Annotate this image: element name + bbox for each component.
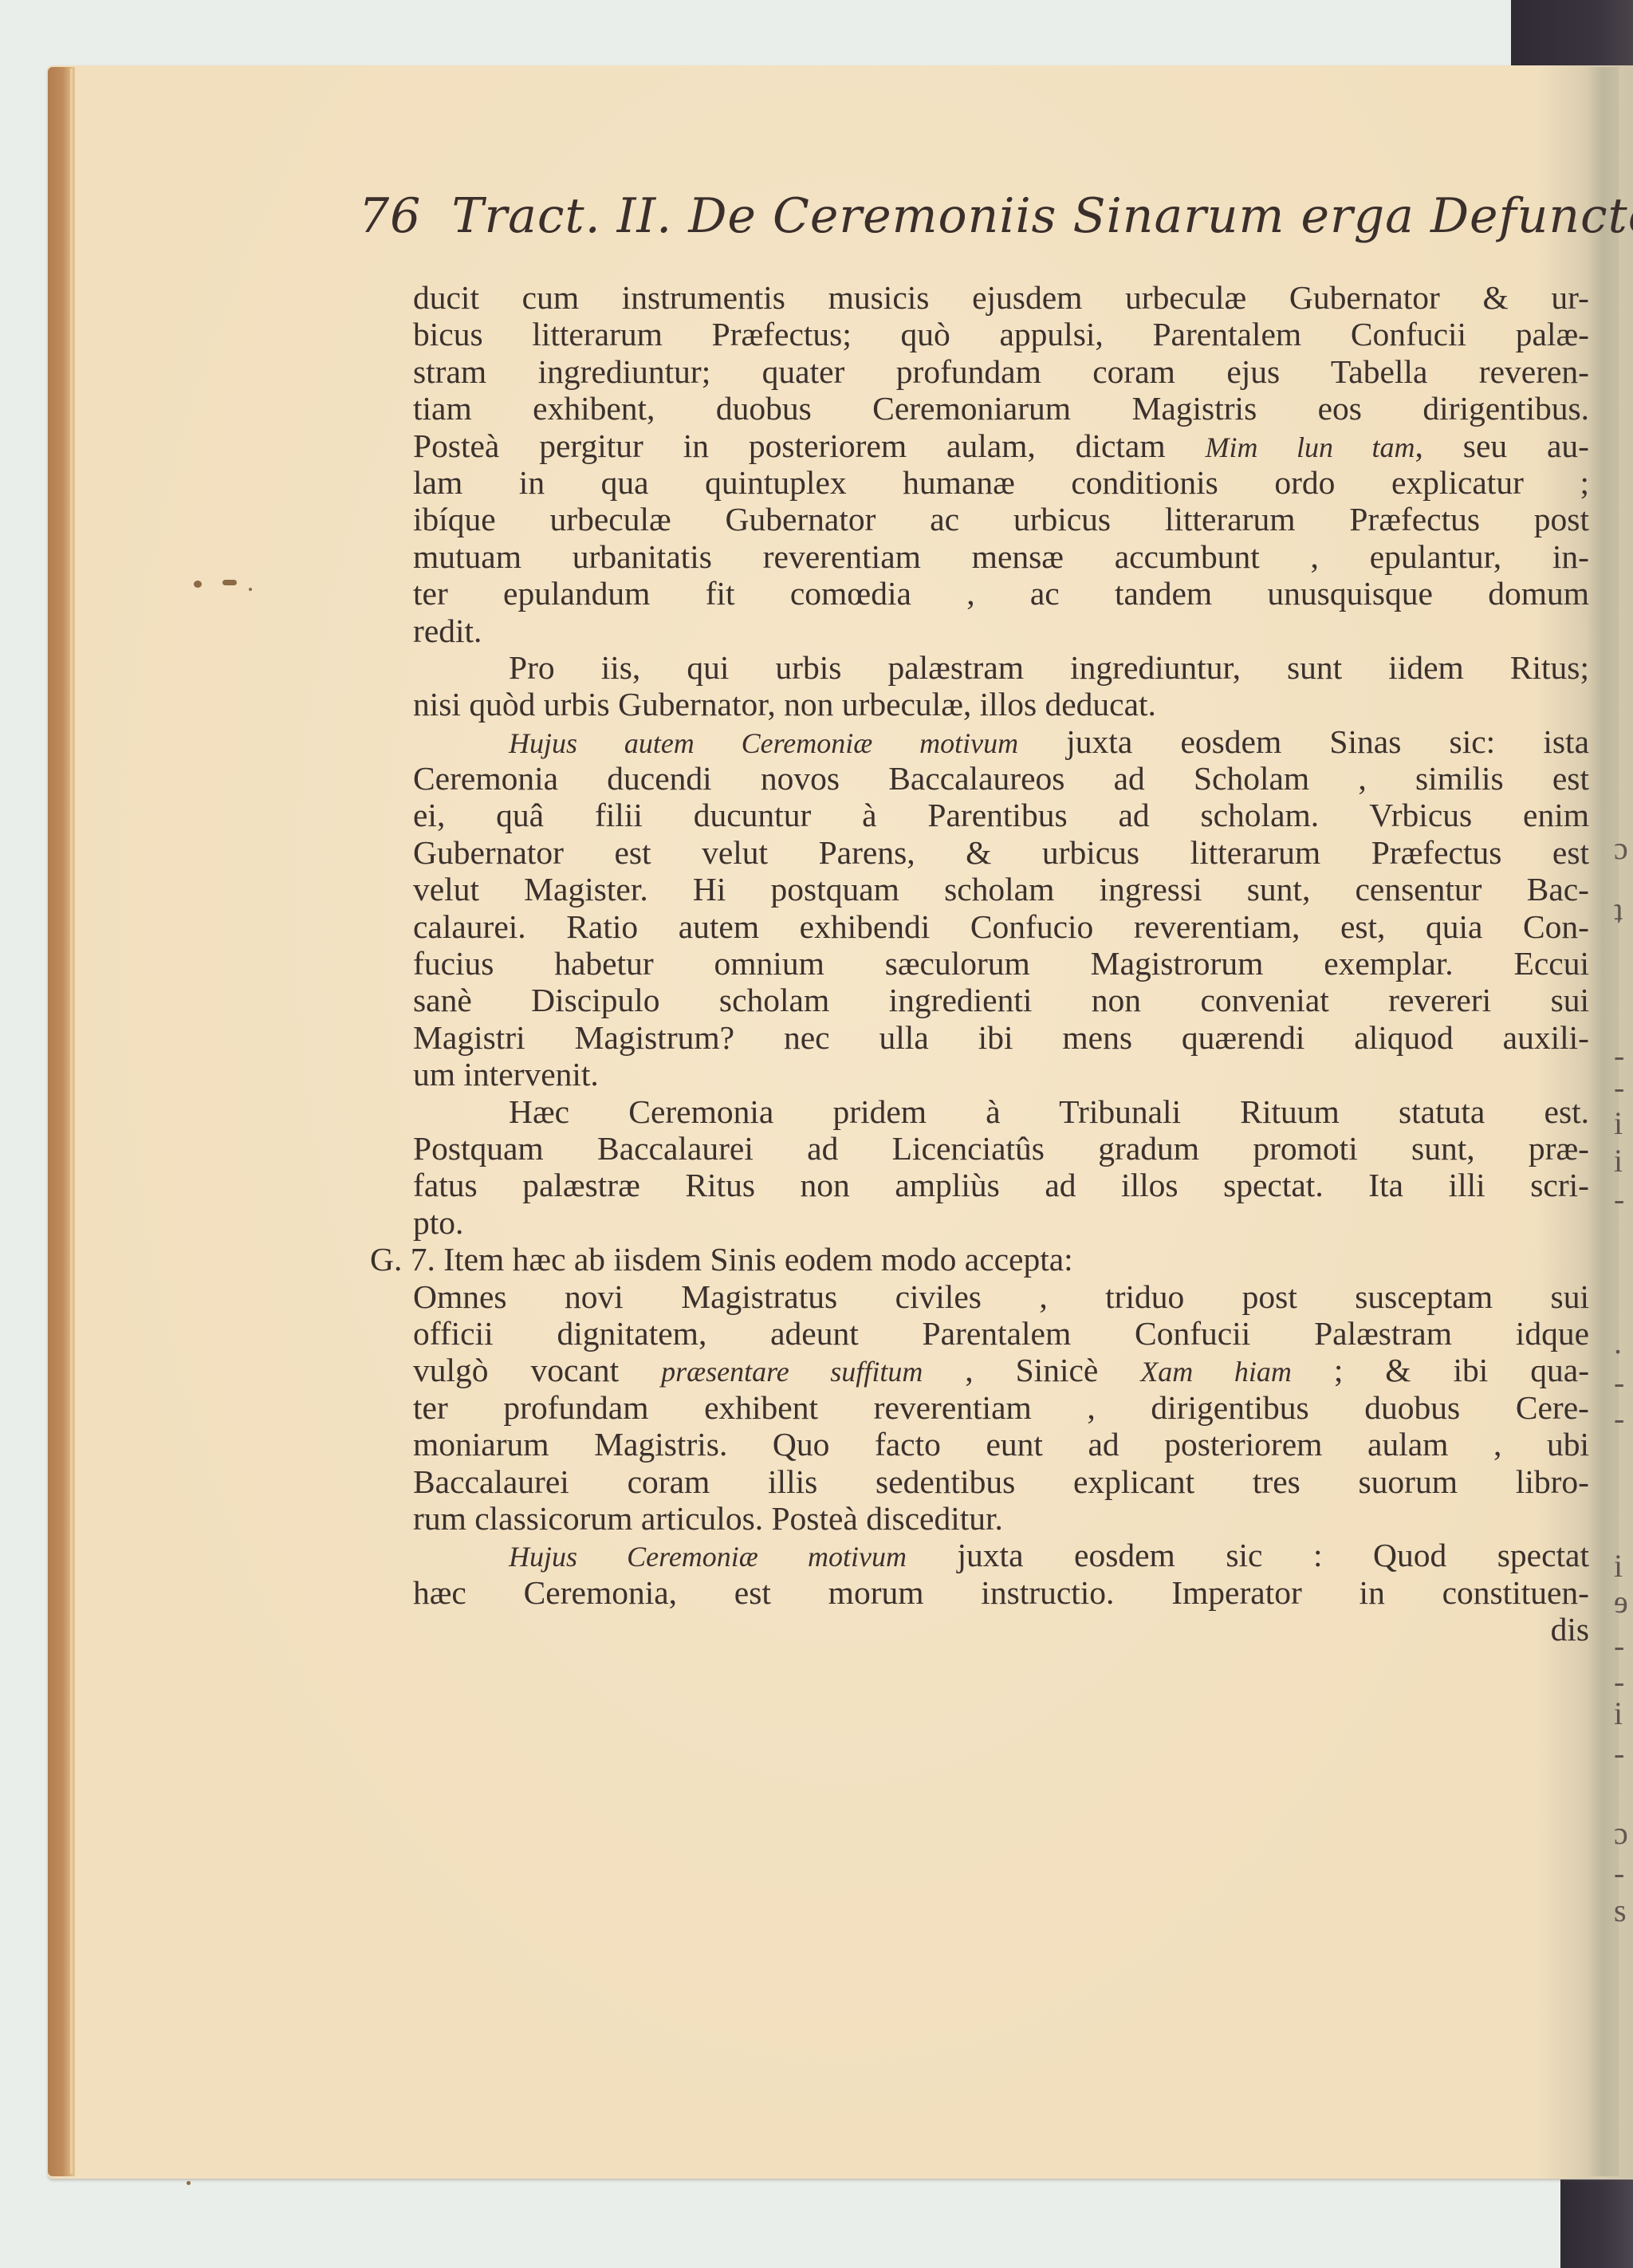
bleed-glyph: i — [1614, 1547, 1623, 1585]
line-text: juxta eosdem sic : Quod spectat — [958, 1537, 1589, 1573]
running-head-title: Tract. II. De Ceremoniis Sinarum erga De… — [451, 188, 1633, 244]
bleed-glyph: ɔ — [1614, 829, 1628, 867]
catchword: dis — [413, 1611, 1589, 1648]
italic-term: Hujus Ceremoniæ motivum — [509, 1541, 907, 1573]
text-line: officii dignitatem, adeunt Parentalem Co… — [413, 1315, 1589, 1352]
bleed-glyph: i — [1614, 1104, 1623, 1142]
italic-term: Hujus autem Ceremoniæ motivum — [509, 727, 1018, 759]
text-line: Omnes novi Magistratus civiles , triduo … — [413, 1278, 1589, 1315]
text-line: ducit cum instrumentis musicis ejusdem u… — [413, 279, 1589, 316]
bleed-glyph: . — [1614, 1324, 1622, 1361]
section-heading: G. 7. Item hæc ab iisdem Sinis eodem mod… — [370, 1241, 1589, 1278]
bleed-glyph: - — [1614, 1069, 1624, 1106]
paper-speck — [249, 588, 252, 591]
section-label: G. 7. — [370, 1241, 435, 1278]
text-line: Ceremonia ducendi novos Baccalaureos ad … — [413, 760, 1589, 797]
bleed-glyph: i — [1614, 1695, 1623, 1732]
text-line: rum classicorum articulos. Posteà disced… — [413, 1500, 1589, 1537]
text-line: mutuam urbanitatis reverentiam mensæ acc… — [413, 538, 1589, 575]
bleed-glyph: i — [1614, 1142, 1623, 1179]
bleed-glyph: - — [1614, 1400, 1624, 1437]
text-line: ei, quâ filii ducuntur à Parentibus ad s… — [413, 797, 1589, 833]
text-line: sanè Discipulo scholam ingredienti non c… — [413, 982, 1589, 1018]
text-line: moniarum Magistris. Quo facto eunt ad po… — [413, 1426, 1589, 1463]
text-line: ter epulandum fit comœdia , ac tandem un… — [413, 575, 1589, 612]
line-text: Item hæc ab iisdem Sinis eodem modo acce… — [443, 1241, 1072, 1278]
text-line: Gubernator est velut Parens, & urbicus l… — [413, 834, 1589, 871]
text-line: lam in qua quintuplex humanæ conditionis… — [413, 464, 1589, 501]
paper-speck — [194, 581, 202, 588]
body-text: ducit cum instrumentis musicis ejusdem u… — [413, 279, 1589, 1648]
text-line: fatus palæstræ Ritus non ampliùs ad illo… — [413, 1167, 1589, 1203]
bleed-glyph: ʇ — [1614, 893, 1623, 931]
bleed-glyph: ɘ — [1614, 1583, 1628, 1620]
line-text: Posteà pergitur in posteriorem aulam, di… — [413, 427, 1166, 464]
bleed-glyph: - — [1614, 1854, 1624, 1892]
text-line: redit. — [413, 612, 1589, 649]
text-line: tiam exhibent, duobus Ceremoniarum Magis… — [413, 390, 1589, 427]
page-edge-highlight — [70, 69, 73, 2174]
line-text: juxta eosdem Sinas sic: ista — [1066, 723, 1589, 760]
bleed-glyph: - — [1614, 1627, 1624, 1664]
paper-speck — [187, 2181, 191, 2185]
text-line: fucius habetur omnium sæculorum Magistro… — [413, 945, 1589, 982]
text-line: Hujus Ceremoniæ motivum juxta eosdem sic… — [413, 1537, 1589, 1573]
scan-color-strip-top — [1511, 0, 1633, 67]
text-line: Hujus autem Ceremoniæ motivum juxta eosd… — [413, 723, 1589, 760]
line-text: vulgò vocant — [413, 1352, 619, 1388]
bleed-glyph: - — [1614, 1180, 1624, 1218]
scan-color-strip-bottom — [1560, 2179, 1633, 2268]
text-line: stram ingrediuntur; quater profundam cor… — [413, 353, 1589, 390]
bleed-glyph: ɔ — [1614, 1814, 1628, 1852]
running-head: 76 Tract. II. De Ceremoniis Sinarum erga… — [359, 188, 1603, 244]
line-text: , Sinicè — [965, 1352, 1098, 1388]
text-line: ter profundam exhibent reverentiam , dir… — [413, 1389, 1589, 1426]
text-line: nisi quòd urbis Gubernator, non urbeculæ… — [413, 686, 1589, 723]
bleed-glyph: - — [1614, 1734, 1624, 1772]
text-line: pto. — [413, 1204, 1589, 1241]
text-line: Baccalaurei coram illis sedentibus expli… — [413, 1463, 1589, 1500]
text-line: Magistri Magistrum? nec ulla ibi mens qu… — [413, 1019, 1589, 1056]
text-line: calaurei. Ratio autem exhibendi Confucio… — [413, 908, 1589, 945]
text-line: Posteà pergitur in posteriorem aulam, di… — [413, 427, 1589, 464]
text-line: um intervenit. — [413, 1056, 1589, 1093]
text-line: Hæc Ceremonia pridem à Tribunali Rituum … — [413, 1093, 1589, 1130]
text-line: vulgò vocant præsentare suffitum , Sinic… — [413, 1352, 1589, 1388]
bleed-glyph: - — [1614, 1364, 1624, 1401]
line-text: , seu au- — [1415, 427, 1589, 464]
paper-speck — [222, 580, 237, 585]
italic-term: præsentare suffitum — [661, 1356, 923, 1388]
text-line: velut Magister. Hi postquam scholam ingr… — [413, 871, 1589, 908]
page-number: 76 — [359, 188, 421, 244]
text-line: Postquam Baccalaurei ad Licenciatûs grad… — [413, 1130, 1589, 1167]
text-line: bicus litterarum Præfectus; quò appulsi,… — [413, 316, 1589, 352]
italic-term: Xam hiam — [1140, 1356, 1292, 1388]
text-line: ibíque urbeculæ Gubernator ac urbicus li… — [413, 501, 1589, 537]
text-line: Pro iis, qui urbis palæstram ingrediuntu… — [413, 649, 1589, 686]
italic-term: Mim lun tam — [1206, 431, 1415, 463]
line-text: ; & ibi qua- — [1334, 1352, 1589, 1388]
text-line: hæc Ceremonia, est morum instructio. Imp… — [413, 1574, 1589, 1611]
bleed-glyph: s — [1614, 1892, 1627, 1929]
